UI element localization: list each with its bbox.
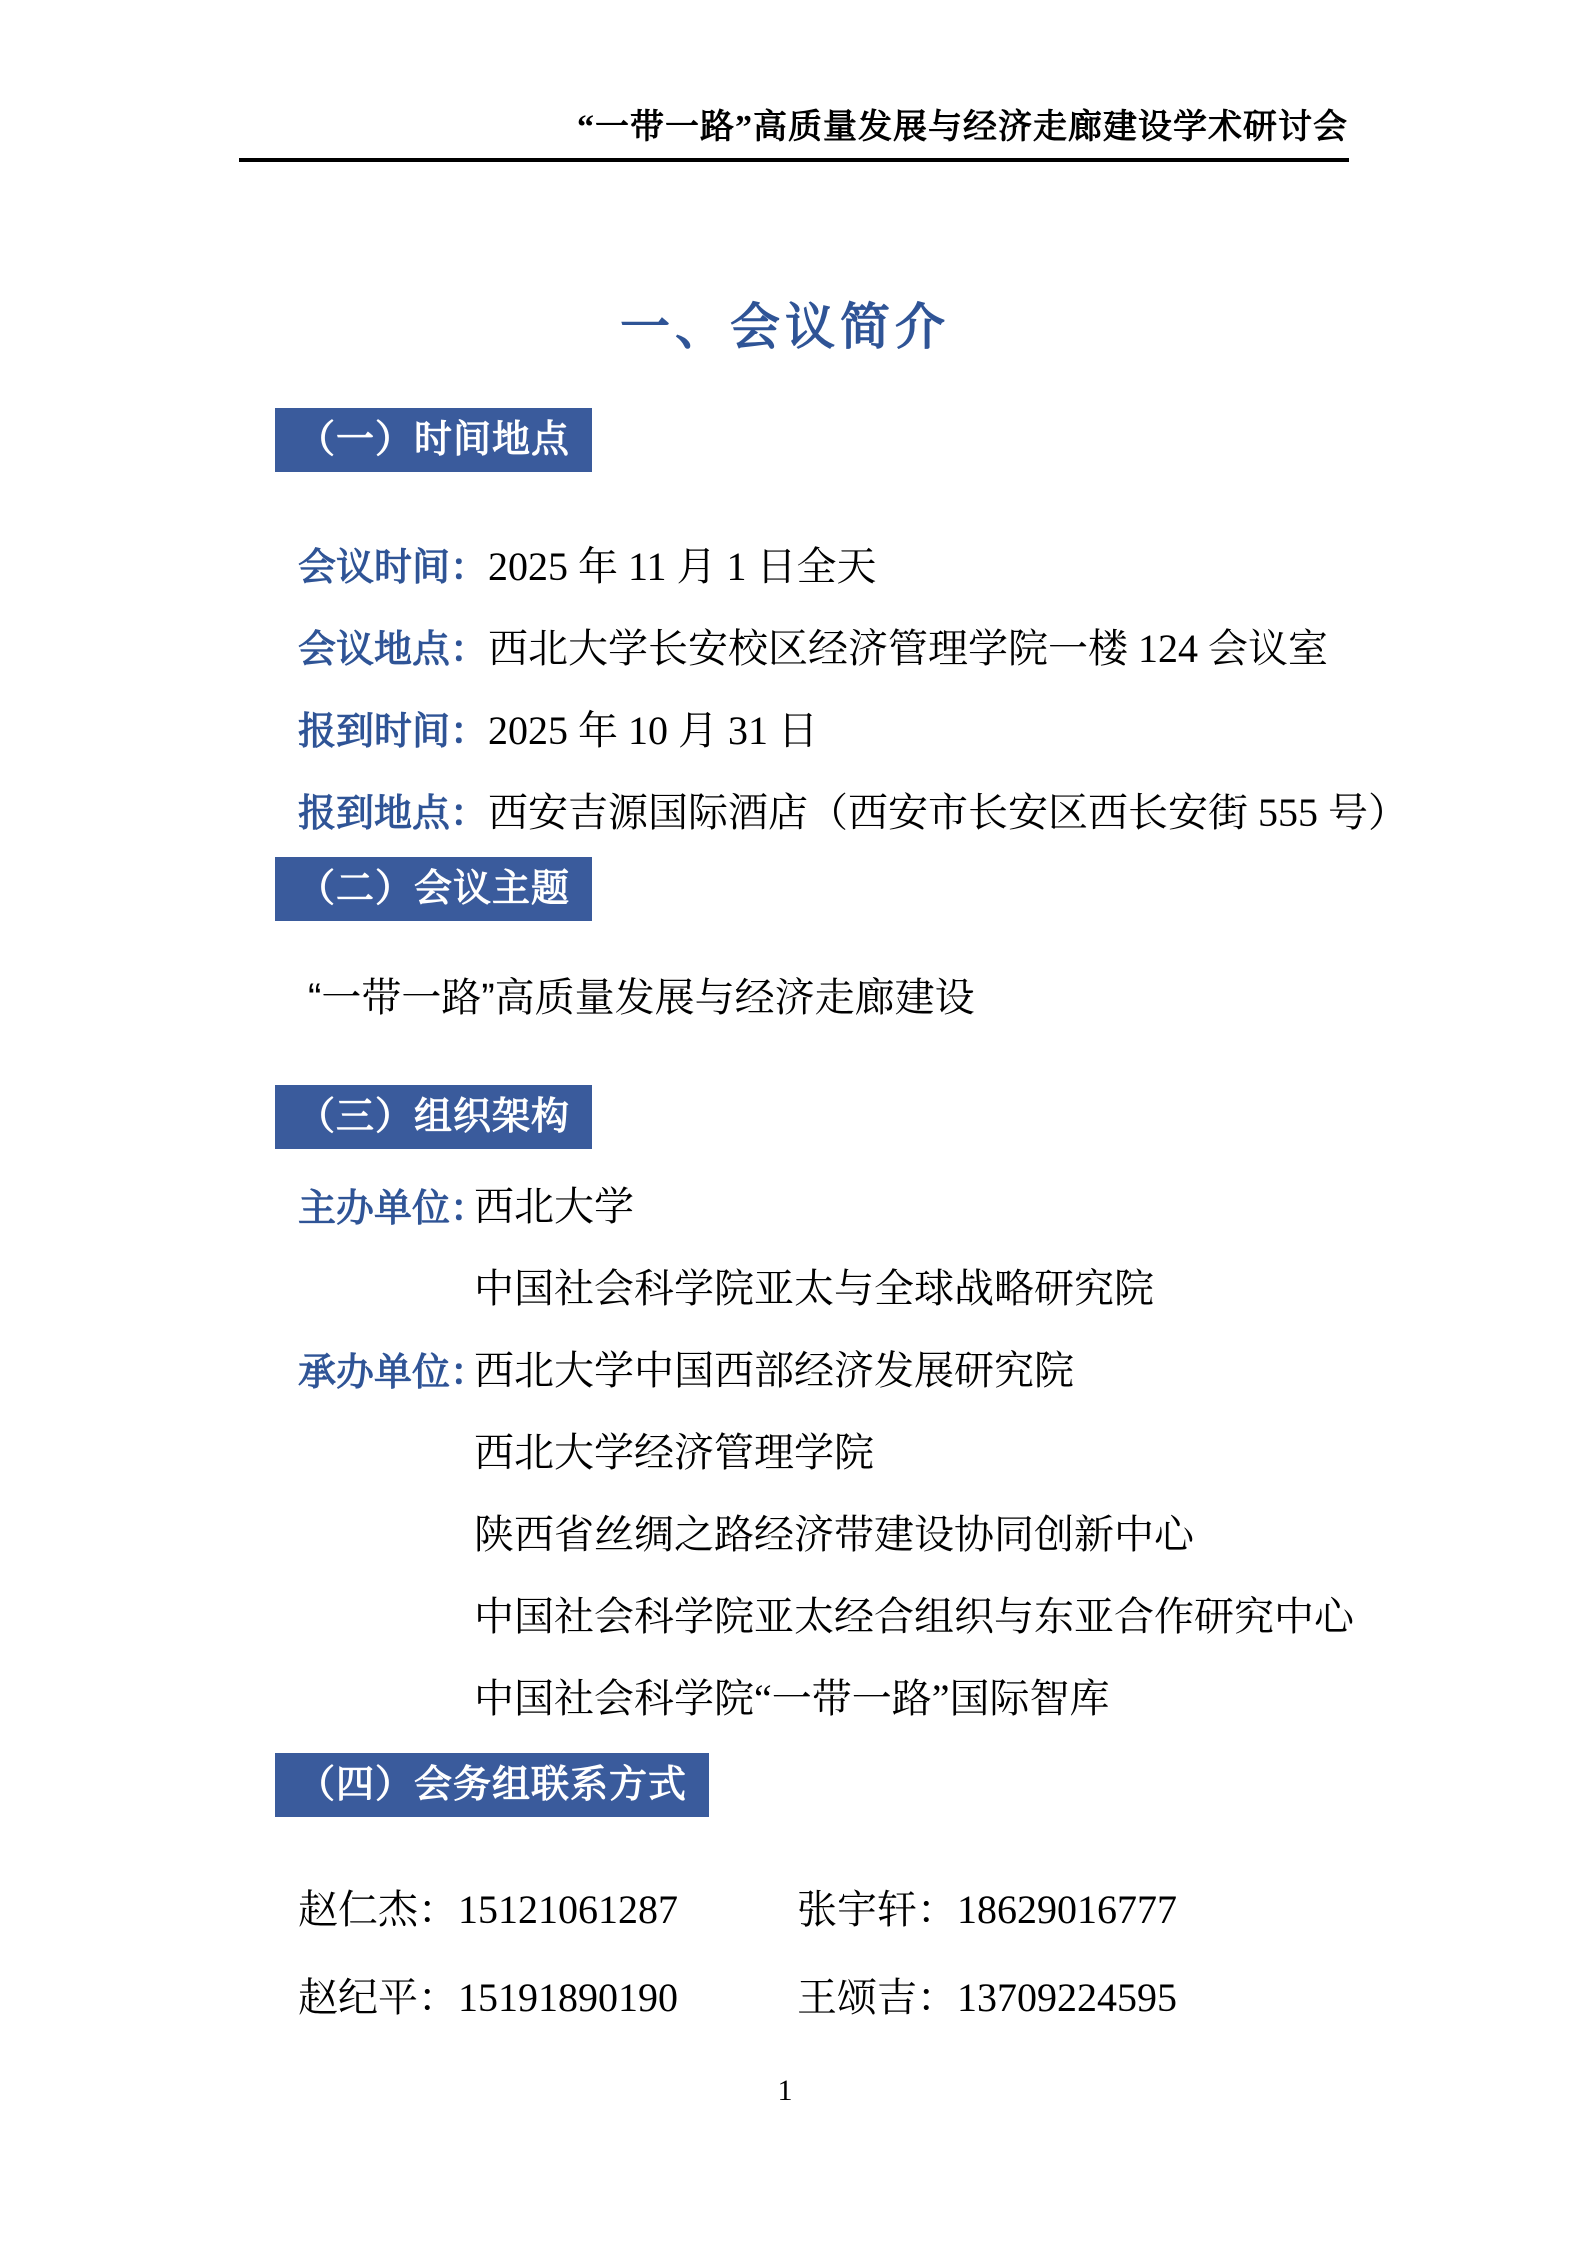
- organizer-unit: 中国社会科学院“一带一路”国际智库: [474, 1667, 1110, 1724]
- info-value: 2025 年 11 月 1 日全天: [488, 544, 877, 589]
- host-label: 主办单位：: [298, 1177, 488, 1232]
- organizer-label: 承办单位：: [298, 1341, 488, 1396]
- info-row-meeting-time: 会议时间：2025 年 11 月 1 日全天: [298, 544, 877, 591]
- info-value: 2025 年 10 月 31 日: [488, 708, 818, 753]
- info-row-meeting-place: 会议地点：西北大学长安校区经济管理学院一楼 124 会议室: [298, 626, 1328, 673]
- info-label: 会议地点：: [298, 629, 488, 671]
- organizer-unit: 西北大学经济管理学院: [474, 1421, 874, 1478]
- conference-theme: “一带一路”高质量发展与经济走廊建设: [308, 966, 975, 1023]
- contact-name: 王颂吉：: [797, 1976, 957, 2020]
- info-label: 报到地点：: [298, 793, 488, 835]
- organizer-unit: 陕西省丝绸之路经济带建设协同创新中心: [474, 1503, 1194, 1560]
- info-value: 西安吉源国际酒店（西安市长安区西长安街 555 号）: [488, 790, 1408, 835]
- contact-entry: 赵纪平：15191890190: [298, 1966, 678, 2023]
- section-badge-contacts: （四）会务组联系方式: [275, 1753, 709, 1817]
- organizer-unit: 中国社会科学院亚太经合组织与东亚合作研究中心: [474, 1585, 1354, 1642]
- document-page: “一带一路”高质量发展与经济走廊建设学术研讨会 一、会议简介 （一）时间地点 会…: [0, 0, 1587, 2245]
- page-title: 一、会议简介: [0, 287, 1570, 359]
- section-badge-theme: （二）会议主题: [275, 857, 592, 921]
- contact-phone: 13709224595: [957, 1975, 1177, 2020]
- contact-entry: 赵仁杰：15121061287: [298, 1878, 678, 1935]
- contact-name: 赵纪平：: [298, 1976, 458, 2020]
- section-badge-time-place: （一）时间地点: [275, 408, 592, 472]
- contact-phone: 15121061287: [458, 1887, 678, 1932]
- host-unit: 中国社会科学院亚太与全球战略研究院: [474, 1257, 1154, 1314]
- contact-phone: 15191890190: [458, 1975, 678, 2020]
- section-badge-organization: （三）组织架构: [275, 1085, 592, 1149]
- organizer-unit: 西北大学中国西部经济发展研究院: [474, 1339, 1074, 1396]
- contact-name: 张宇轩：: [797, 1888, 957, 1932]
- contact-phone: 18629016777: [957, 1887, 1177, 1932]
- info-row-checkin-time: 报到时间：2025 年 10 月 31 日: [298, 708, 818, 755]
- page-number: 1: [0, 2074, 1570, 2108]
- contact-name: 赵仁杰：: [298, 1888, 458, 1932]
- info-value: 西北大学长安校区经济管理学院一楼 124 会议室: [488, 626, 1328, 671]
- contact-entry: 王颂吉：13709224595: [797, 1966, 1177, 2023]
- info-row-checkin-place: 报到地点：西安吉源国际酒店（西安市长安区西长安街 555 号）: [298, 790, 1408, 837]
- contact-entry: 张宇轩：18629016777: [797, 1878, 1177, 1935]
- header-title: “一带一路”高质量发展与经济走廊建设学术研讨会: [577, 99, 1348, 148]
- info-label: 报到时间：: [298, 711, 488, 753]
- header-divider: [239, 158, 1349, 162]
- info-label: 会议时间：: [298, 547, 488, 589]
- host-unit: 西北大学: [474, 1175, 634, 1232]
